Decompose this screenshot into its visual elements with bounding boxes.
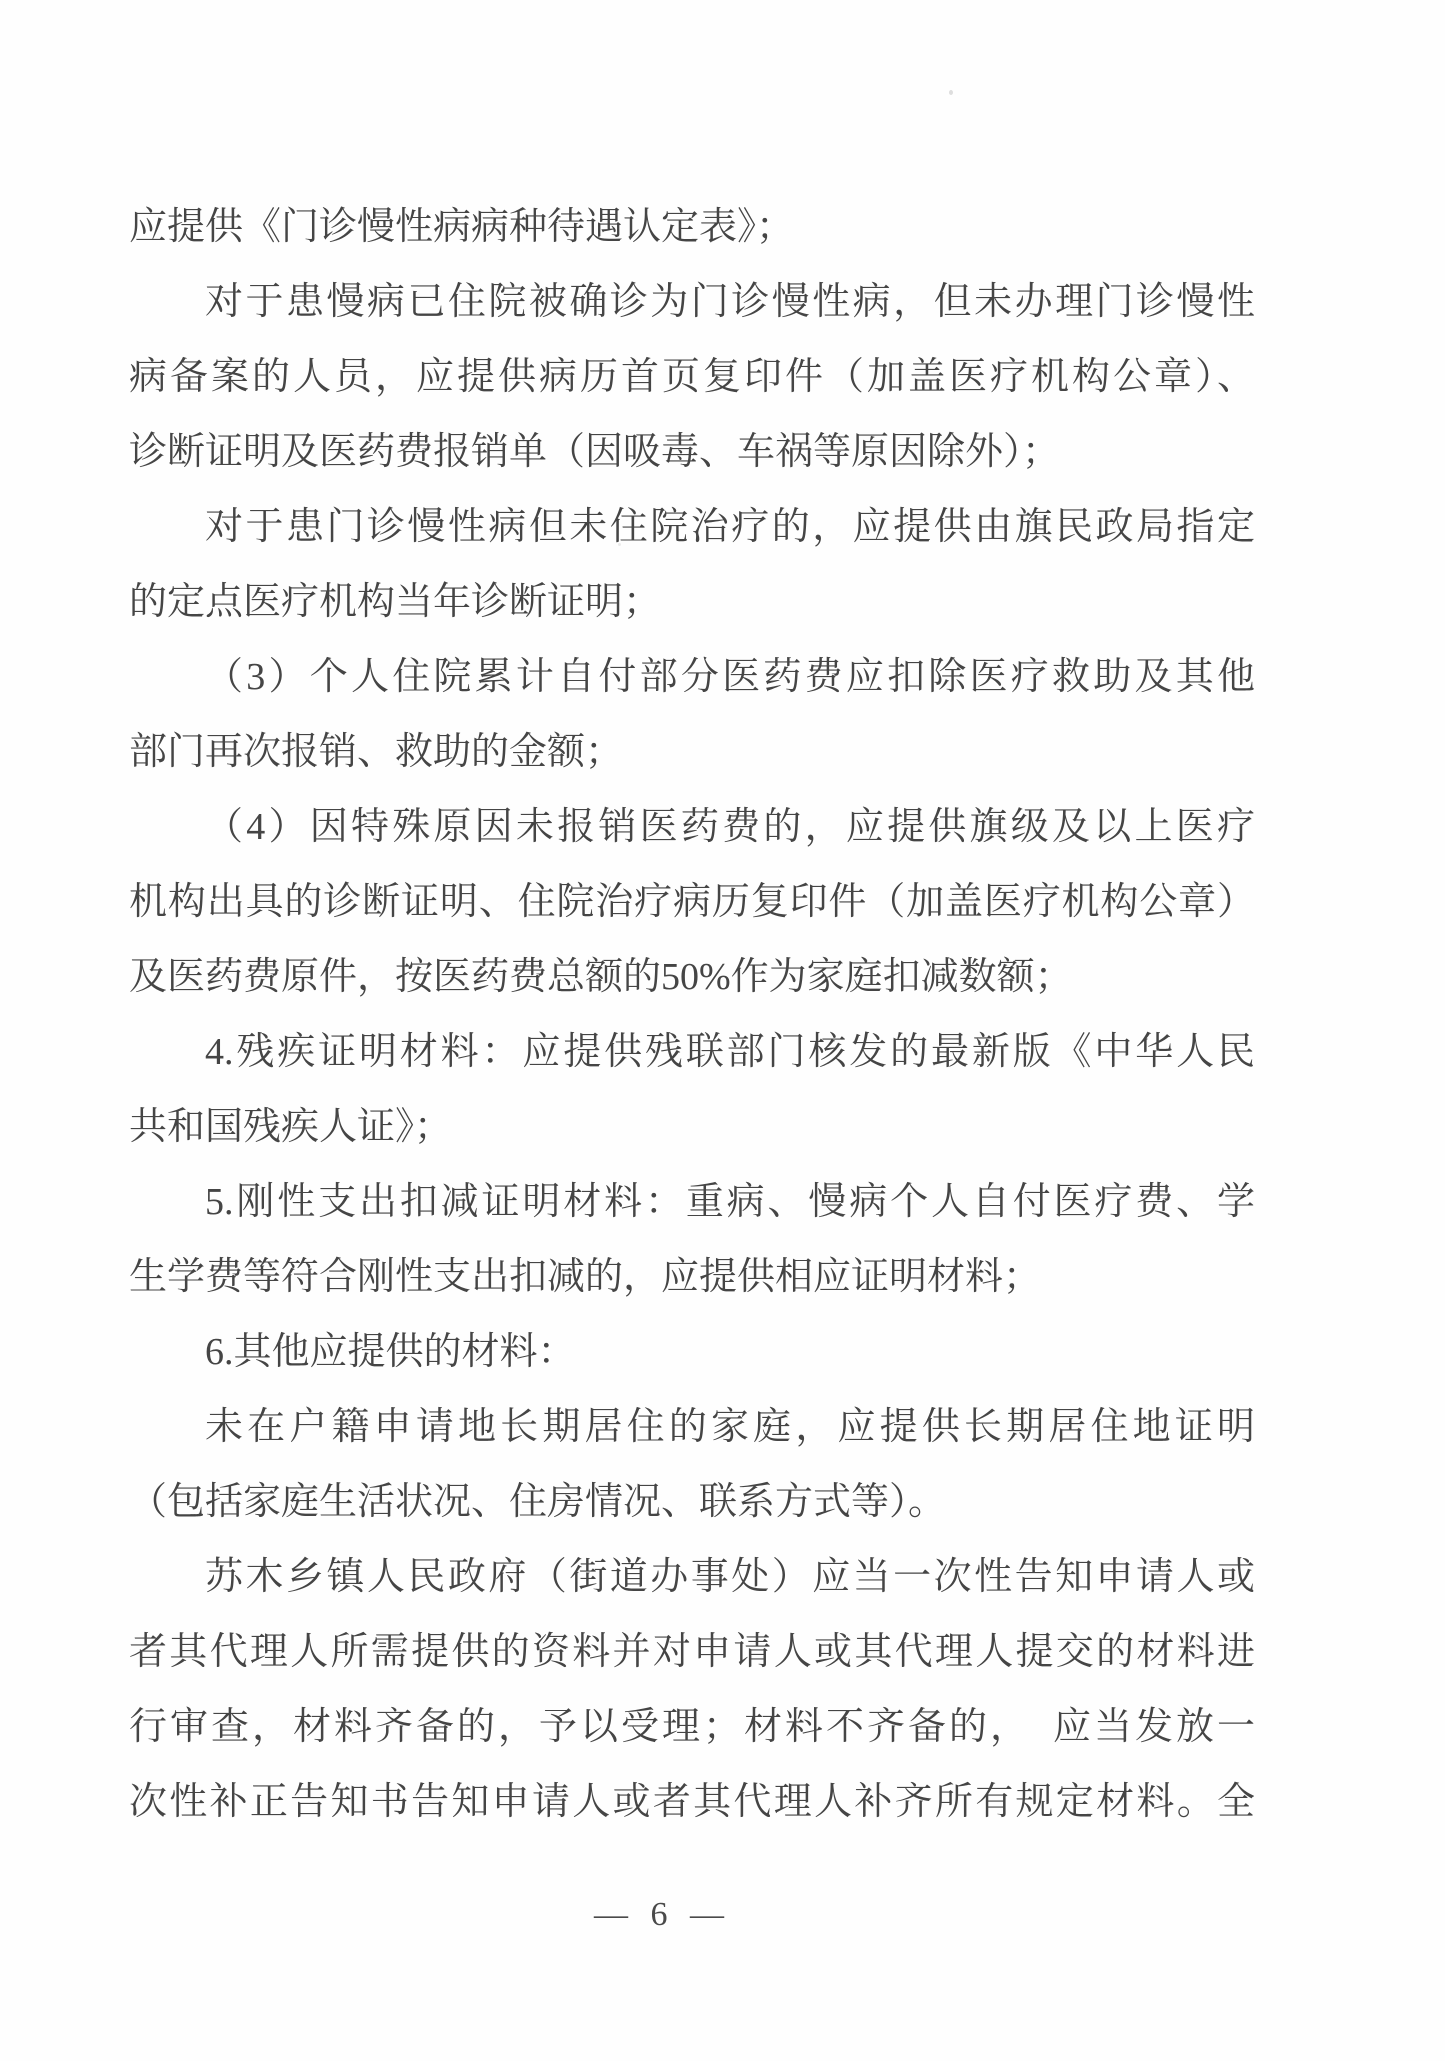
text-line: 诊断证明及医药费报销单（因吸毒、车祸等原因除外）； [129, 415, 1255, 490]
scan-artifact-dot [949, 90, 953, 95]
text-line: 共和国残疾人证》； [129, 1090, 1255, 1165]
document-page: 应提供《门诊慢性病病种待遇认定表》； 对于患慢病已住院被确诊为门诊慢性病，但未办… [0, 0, 1445, 2061]
text-line: 对于患慢病已住院被确诊为门诊慢性病，但未办理门诊慢性 [129, 265, 1255, 340]
text-line: （包括家庭生活状况、住房情况、联系方式等）。 [129, 1465, 1255, 1540]
text-line: 病备案的人员，应提供病历首页复印件（加盖医疗机构公章）、 [129, 340, 1255, 415]
text-line: 行审查，材料齐备的，予以受理；材料不齐备的， 应当发放一 [129, 1690, 1255, 1765]
text-line: 者其代理人所需提供的资料并对申请人或其代理人提交的材料进 [129, 1615, 1255, 1690]
text-line: 的定点医疗机构当年诊断证明； [129, 565, 1255, 640]
page-number: — 6 — [97, 1885, 1223, 1945]
text-line: （3）个人住院累计自付部分医药费应扣除医疗救助及其他 [129, 640, 1255, 715]
text-line: 生学费等符合刚性支出扣减的，应提供相应证明材料； [129, 1240, 1255, 1315]
text-line: 对于患门诊慢性病但未住院治疗的，应提供由旗民政局指定 [129, 490, 1255, 565]
document-body: 应提供《门诊慢性病病种待遇认定表》； 对于患慢病已住院被确诊为门诊慢性病，但未办… [129, 190, 1255, 1840]
text-line: 苏木乡镇人民政府（街道办事处）应当一次性告知申请人或 [129, 1540, 1255, 1615]
text-line: 机构出具的诊断证明、住院治疗病历复印件（加盖医疗机构公章） [129, 865, 1255, 940]
text-line: 次性补正告知书告知申请人或者其代理人补齐所有规定材料。全 [129, 1765, 1255, 1840]
text-line: 应提供《门诊慢性病病种待遇认定表》； [129, 190, 1255, 265]
text-line: （4）因特殊原因未报销医药费的，应提供旗级及以上医疗 [129, 790, 1255, 865]
text-line: 及医药费原件，按医药费总额的50%作为家庭扣减数额； [129, 940, 1255, 1015]
text-line: 部门再次报销、救助的金额； [129, 715, 1255, 790]
text-line: 未在户籍申请地长期居住的家庭，应提供长期居住地证明 [129, 1390, 1255, 1465]
text-line: 4.残疾证明材料：应提供残联部门核发的最新版《中华人民 [129, 1015, 1255, 1090]
text-line: 5.刚性支出扣减证明材料：重病、慢病个人自付医疗费、学 [129, 1165, 1255, 1240]
text-line: 6.其他应提供的材料： [129, 1315, 1255, 1390]
